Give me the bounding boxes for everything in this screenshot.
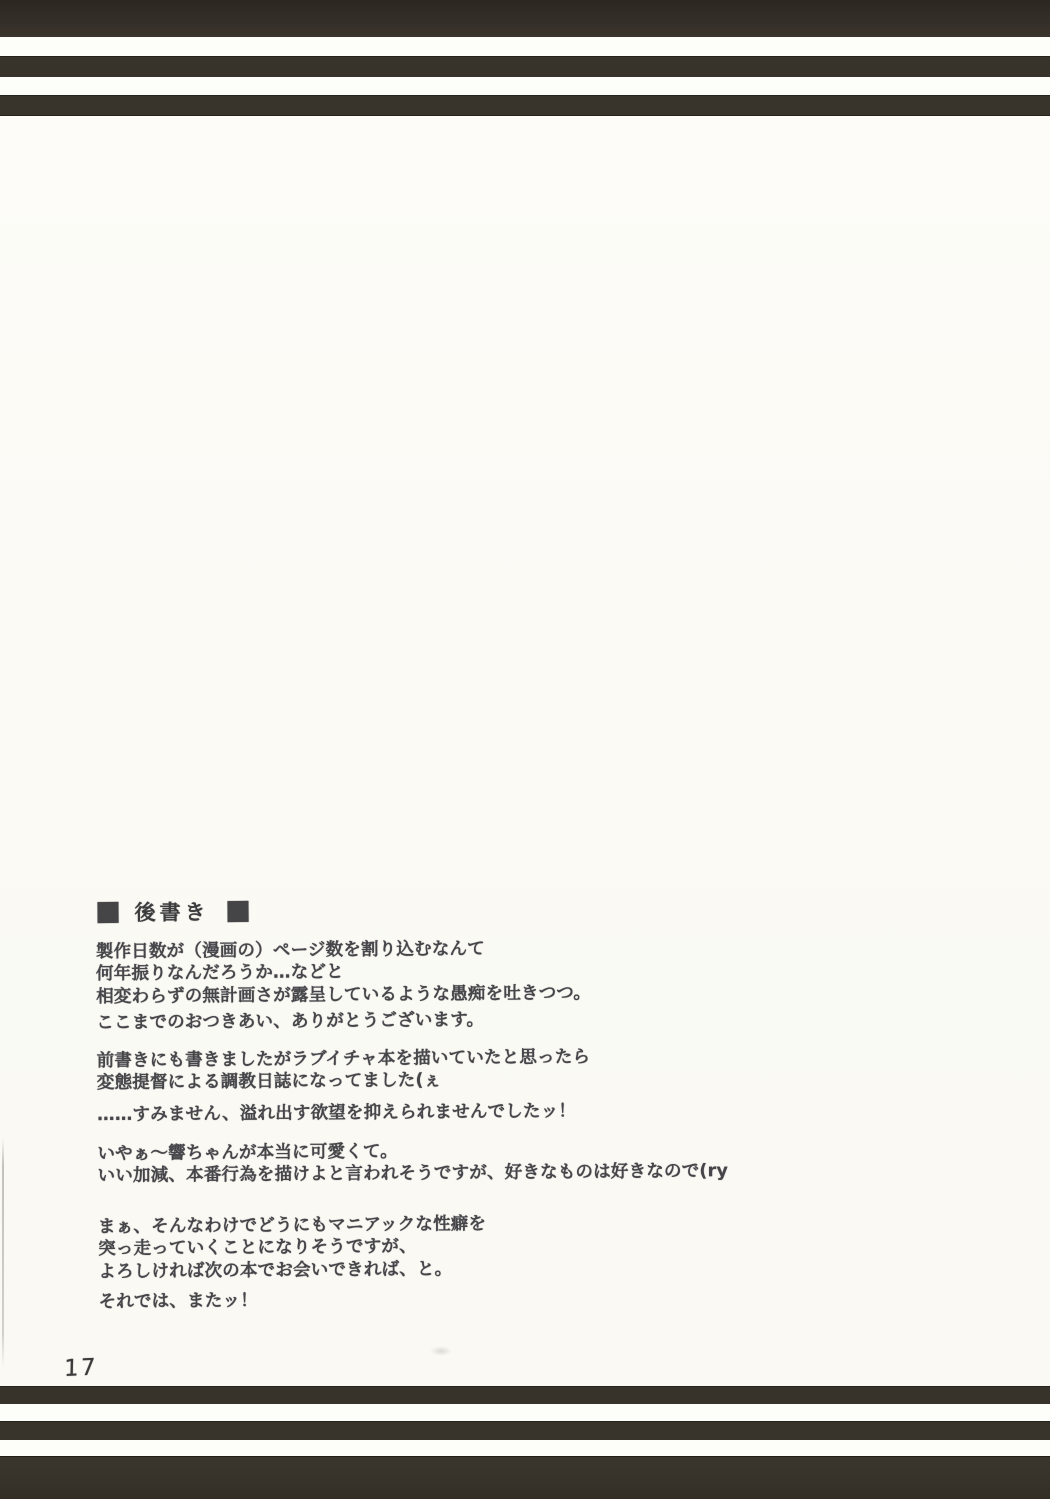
- afterword-line: ……すみません、溢れ出す欲望を抑えられませんでしたッ！: [97, 1100, 576, 1126]
- afterword-line: よろしければ次の本でお会いできれば、と。: [98, 1258, 486, 1283]
- afterword-title-label: 後書き: [134, 896, 209, 927]
- afterword-text-block: 後書き 製作日数が（漫画の）ページ数を割り込むなんて 何年振りなんだろうか…など…: [0, 0, 1050, 1499]
- afterword-paragraph-4: ……すみません、溢れ出す欲望を抑えられませんでしたッ！: [97, 1100, 576, 1126]
- title-square-right-icon: [227, 900, 248, 921]
- afterword-line: 変態提督による調教日誌になってました(ぇ: [97, 1069, 591, 1095]
- afterword-line: それでは、またッ！: [99, 1290, 258, 1314]
- afterword-paragraph-3: 前書きにも書きましたがラブイチャ本を描いていたと思ったら 変態提督による調教日誌…: [97, 1046, 591, 1095]
- afterword-paragraph-5: いやぁ～響ちゃんが本当に可愛くて。 いい加減、本番行為を描けよと言われそうですが…: [97, 1138, 728, 1188]
- afterword-title: 後書き: [97, 898, 248, 925]
- afterword-line: 前書きにも書きましたがラブイチャ本を描いていたと思ったら: [97, 1046, 591, 1072]
- afterword-line: 突っ走っていくことになりそうですが、: [98, 1235, 486, 1260]
- page-number: 17: [64, 1354, 98, 1381]
- title-square-left-icon: [97, 901, 118, 922]
- afterword-paragraph-2: ここまでのおつきあい、ありがとうございます。: [96, 1009, 484, 1034]
- afterword-line: ここまでのおつきあい、ありがとうございます。: [96, 1009, 484, 1034]
- afterword-paragraph-6: まぁ、そんなわけでどうにもマニアックな性癖を 突っ走っていくことになりそうですが…: [98, 1213, 487, 1283]
- afterword-line: まぁ、そんなわけでどうにもマニアックな性癖を: [98, 1213, 486, 1238]
- afterword-paragraph-7: それでは、またッ！: [99, 1290, 258, 1314]
- afterword-paragraph-1: 製作日数が（漫画の）ページ数を割り込むなんて 何年振りなんだろうか…などと 相変…: [96, 937, 591, 1008]
- afterword-line: いい加減、本番行為を描けよと言われそうですが、好きなものは好きなので(ry: [98, 1161, 729, 1188]
- afterword-line: 相変わらずの無計画さが露呈しているような愚痴を吐きつつ。: [96, 982, 591, 1008]
